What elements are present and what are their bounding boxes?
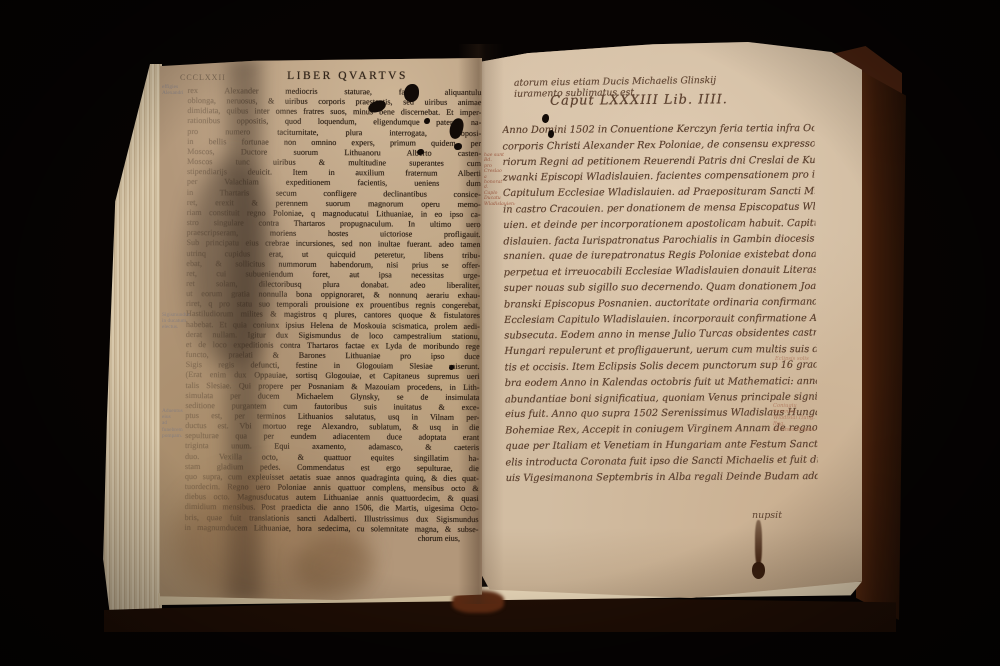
page-stack-fore-edge — [102, 64, 162, 614]
text-line: Aduentus eius — [162, 408, 188, 420]
ink-blot — [417, 149, 424, 155]
text-line: ad funebrem — [162, 420, 188, 432]
left-page: CCCLXXII LIBER QVARTVS rex Alexander med… — [160, 58, 482, 600]
chapter-heading: Caput LXXXIII Lib. IIII. — [544, 92, 734, 109]
gutter-shadow — [458, 44, 504, 604]
text-line: bra eodem Anno in Kalendas octobris fuit… — [505, 374, 817, 392]
text-line: cu Anna Regina — [773, 427, 819, 433]
text-line: eius fuit. Anno quo supra 1502 Serenissi… — [505, 405, 817, 423]
ink-blot — [548, 130, 554, 138]
margin-gloss: effigiesAlexandri — [162, 84, 188, 96]
text-line: Hungari repulerunt et profligauerunt, ue… — [504, 342, 816, 360]
text-line: Coniugiu Sereniss. — [773, 403, 819, 415]
text-line: Wladislai Hung. Reg. — [773, 415, 819, 427]
red-margin-note: Eclipsis solis — [775, 356, 819, 362]
photo-open-book: CCCLXXII LIBER QVARTVS rex Alexander med… — [0, 0, 1000, 666]
margin-gloss: Aduentus eiusad funebrempompam. — [162, 408, 188, 439]
ink-blot — [424, 118, 430, 124]
text-line: Capitulum Ecclesiae Wladislauien. ad Pra… — [503, 184, 815, 202]
text-line: quae per Italiam et Venetiam in Hungaria… — [505, 437, 817, 455]
text-line: Eclipsis solis — [775, 356, 819, 362]
ink-drip-stain — [752, 562, 765, 579]
text-line: snanien. quae de iurepatronatus Regis Po… — [503, 247, 815, 265]
handwritten-text-block: Anno Domini 1502 in Conuentione Kerczyn … — [502, 121, 817, 487]
folio-number: CCCLXXII — [180, 73, 226, 82]
book-cover-right-edge — [856, 68, 906, 620]
ink-blot — [449, 365, 454, 370]
printed-text-block: rex Alexander mediocris staturae, facies… — [184, 86, 481, 535]
right-catchword: nupsit — [722, 510, 812, 521]
text-line: branski Episcopus Posnanien. auctoritate… — [504, 294, 816, 313]
text-line: riorum Regni ad petitionem Reuerendi Pat… — [503, 153, 815, 171]
text-line: corporis Christi Alexander Rex Poloniae,… — [502, 136, 814, 155]
text-line: uis Vigesimanona Septembris in Alba rega… — [506, 469, 818, 487]
right-page: atorum eius etiam Ducis Michaelis Glinsk… — [482, 42, 862, 598]
left-catchword: chorum eius, — [310, 534, 482, 543]
text-line: super nouas sub sigillo suo decernendo. … — [504, 279, 816, 297]
ink-blot — [542, 114, 549, 123]
gutter-stain — [295, 536, 375, 596]
text-line: pompam. — [162, 433, 188, 439]
margin-gloss: Sigismundusin ducatumelectus. — [162, 312, 188, 331]
text-line: Alexandri — [162, 90, 188, 96]
ink-drip-stain — [755, 520, 762, 566]
ink-blot — [404, 84, 419, 102]
text-line: Ecclesiam Capitulo Wladislauien. incorpo… — [504, 311, 816, 329]
text-line: electus. — [162, 324, 188, 330]
red-margin-note: Coniugiu Sereniss.Wladislai Hung. Reg.cu… — [773, 403, 819, 433]
running-title: LIBER QVARTVS — [255, 70, 440, 82]
text-line: elis introducta Coronata fuit ipso die S… — [505, 452, 817, 471]
text-line: uien. et deinde per incorporationem apos… — [503, 216, 815, 234]
